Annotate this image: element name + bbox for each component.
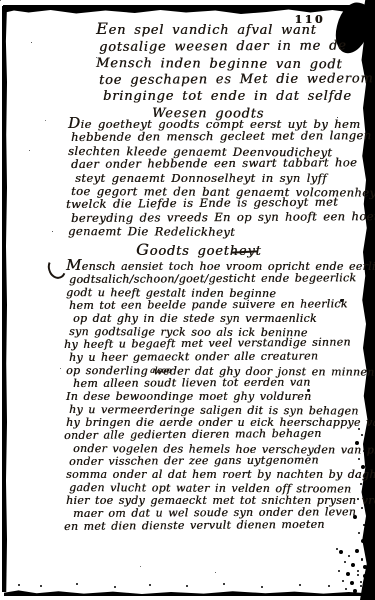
manuscript-line: onder visschen der zee gans uytgenomen (69, 453, 375, 468)
manuscript-line: gotsalige weesen daer in me de (99, 38, 374, 56)
manuscript-line: genaemt Die Redelickheyt (68, 225, 375, 240)
manuscript-line: bringinge tot ende in dat selfde (103, 89, 373, 106)
manuscript-line: hem tot een beelde pande suivere en heer… (69, 297, 375, 312)
manuscript-line: hem alleen soudt lieven tot eerden van (73, 375, 375, 390)
title-block: Een spel vandich afval wantgotsalige wee… (96, 21, 373, 122)
manuscript-line: godtsalich/schoon/goet/gesticht ende beg… (69, 271, 375, 286)
manuscript-line: gaden vlucht opt water in velden off str… (69, 481, 375, 496)
paragraph-goodness: Die goetheyt goodts compt eerst uyt by h… (68, 117, 375, 239)
scan-border-bottom (4, 588, 367, 596)
scan-noise-bottom (18, 584, 20, 586)
paper-dust-specks (0, 0, 1, 1)
section-heading: Goodts goetheyt (136, 240, 262, 259)
scan-border-left (2, 6, 7, 592)
manuscript-line: Een spel vandich afval want (96, 21, 373, 40)
manuscript-line: bereyding des vreeds En op syn hooft een… (71, 210, 375, 225)
manuscript-line: In dese bewoondinge moet ghy volduren (66, 390, 375, 403)
paragraph-speech: Mensch aensiet toch hoe vroom opricht en… (66, 259, 375, 533)
scanned-manuscript-page: 110 Een spel vandich afval wantgotsalige… (0, 0, 375, 600)
manuscript-line: op dat ghy in die stede syn vermaenlick (73, 312, 375, 325)
manuscript-line: steyt genaemt Donnoselheyt in syn lyff (75, 172, 375, 185)
manuscript-line: toe geschapen es Met die wederom (99, 71, 374, 89)
manuscript-line: hebbende den mensch gecleet met den lang… (71, 130, 375, 145)
manuscript-line: onder alle gedierten dieren mach behagen (64, 426, 375, 442)
manuscript-line: somma onder al dat hem roert by nachten … (66, 468, 375, 481)
manuscript-line: daer onder hebbende een swart tabbart ho… (71, 156, 375, 171)
manuscript-line: en met dien dienste vervult dienen moete… (64, 517, 375, 533)
manuscript-line: hy u vermeerderinge saligen dit is syn b… (69, 403, 375, 418)
scan-noise-corner (336, 548, 338, 550)
interlinear-insertion: alsoo (150, 366, 171, 375)
manuscript-line: hy u heer gemaeckt onder alle creaturen (69, 349, 375, 364)
